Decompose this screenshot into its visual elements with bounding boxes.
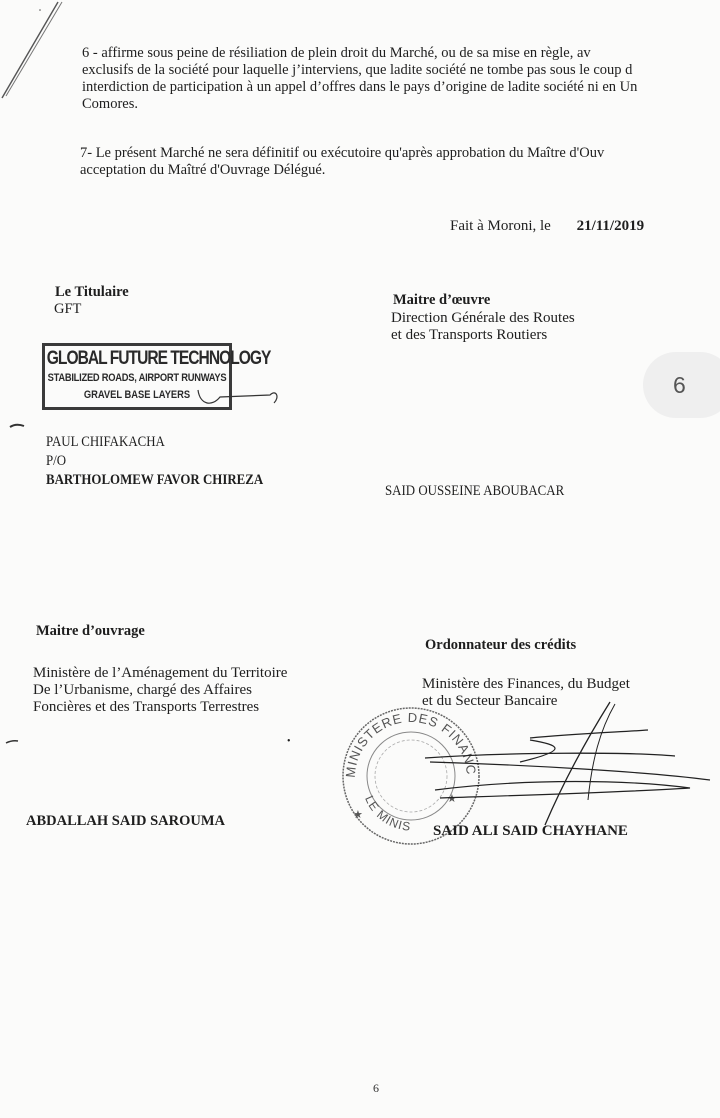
ordonnateur-heading: Ordonnateur des crédits	[425, 637, 576, 654]
ink-mark	[4, 737, 24, 747]
ink-mark	[8, 421, 28, 431]
clause-6-line: exclusifs de la société pour laquelle j’…	[82, 62, 637, 79]
po-label: P/O	[46, 452, 66, 471]
org-line: et des Transports Routiers	[391, 327, 575, 344]
maitre-oeuvre-heading: Maitre d’œuvre	[393, 292, 490, 309]
date: 21/11/2019	[577, 218, 645, 234]
signatory-name: PAUL CHIFAKACHA	[46, 433, 165, 452]
titulaire-org: GFT	[54, 301, 81, 318]
clause-6-line: 6 - affirme sous peine de résiliation de…	[82, 45, 637, 62]
place-date: Fait à Moroni, le 21/11/2019	[450, 218, 644, 235]
org-line: De l’Urbanisme, chargé des Affaires	[33, 682, 287, 699]
ordonnateur-name: SAID ALI SAID CHAYHANE	[433, 823, 628, 840]
maitre-oeuvre-org: Direction Générale des Routes et des Tra…	[391, 310, 575, 344]
clause-7-line: 7- Le présent Marché ne sera définitif o…	[80, 145, 604, 162]
titulaire-signatories: PAUL CHIFAKACHA P/O BARTHOLOMEW FAVOR CH…	[46, 433, 299, 490]
org-line: Direction Générale des Routes	[391, 310, 575, 327]
stamp-line-1: GLOBAL FUTURE TECHNOLOGY	[47, 348, 227, 370]
page-indicator-badge: 6	[643, 352, 720, 418]
maitre-ouvrage-org: Ministère de l’Aménagement du Territoire…	[33, 665, 287, 716]
clause-7: 7- Le présent Marché ne sera définitif o…	[80, 145, 604, 179]
clause-7-line: acceptation du Maîtré d'Ouvrage Délégué.	[80, 162, 604, 179]
org-line: Foncières et des Transports Terrestres	[33, 699, 287, 716]
clause-6: 6 - affirme sous peine de résiliation de…	[82, 45, 637, 113]
clause-6-line: interdiction de participation à un appel…	[82, 79, 637, 96]
maitre-ouvrage-name: ABDALLAH SAID SAROUMA	[26, 813, 225, 830]
ink-dot: •	[287, 736, 291, 747]
place-label: Fait à Moroni, le	[450, 218, 551, 234]
stamp-signature-scribble	[190, 385, 280, 415]
maitre-oeuvre-name-wrap: SAID OUSSEINE ABOUBACAR	[385, 483, 593, 500]
titulaire-name: BARTHOLOMEW FAVOR CHIREZA	[46, 471, 263, 490]
maitre-oeuvre-name: SAID OUSSEINE ABOUBACAR	[385, 483, 564, 500]
org-line: Ministère de l’Aménagement du Territoire	[33, 665, 287, 682]
titulaire-heading: Le Titulaire	[55, 284, 129, 301]
handwritten-signature	[330, 690, 720, 830]
clause-6-line: Comores.	[82, 96, 637, 113]
page-number: 6	[373, 1081, 379, 1096]
margin-mark	[0, 0, 80, 110]
maitre-ouvrage-heading: Maitre d’ouvrage	[36, 623, 145, 640]
